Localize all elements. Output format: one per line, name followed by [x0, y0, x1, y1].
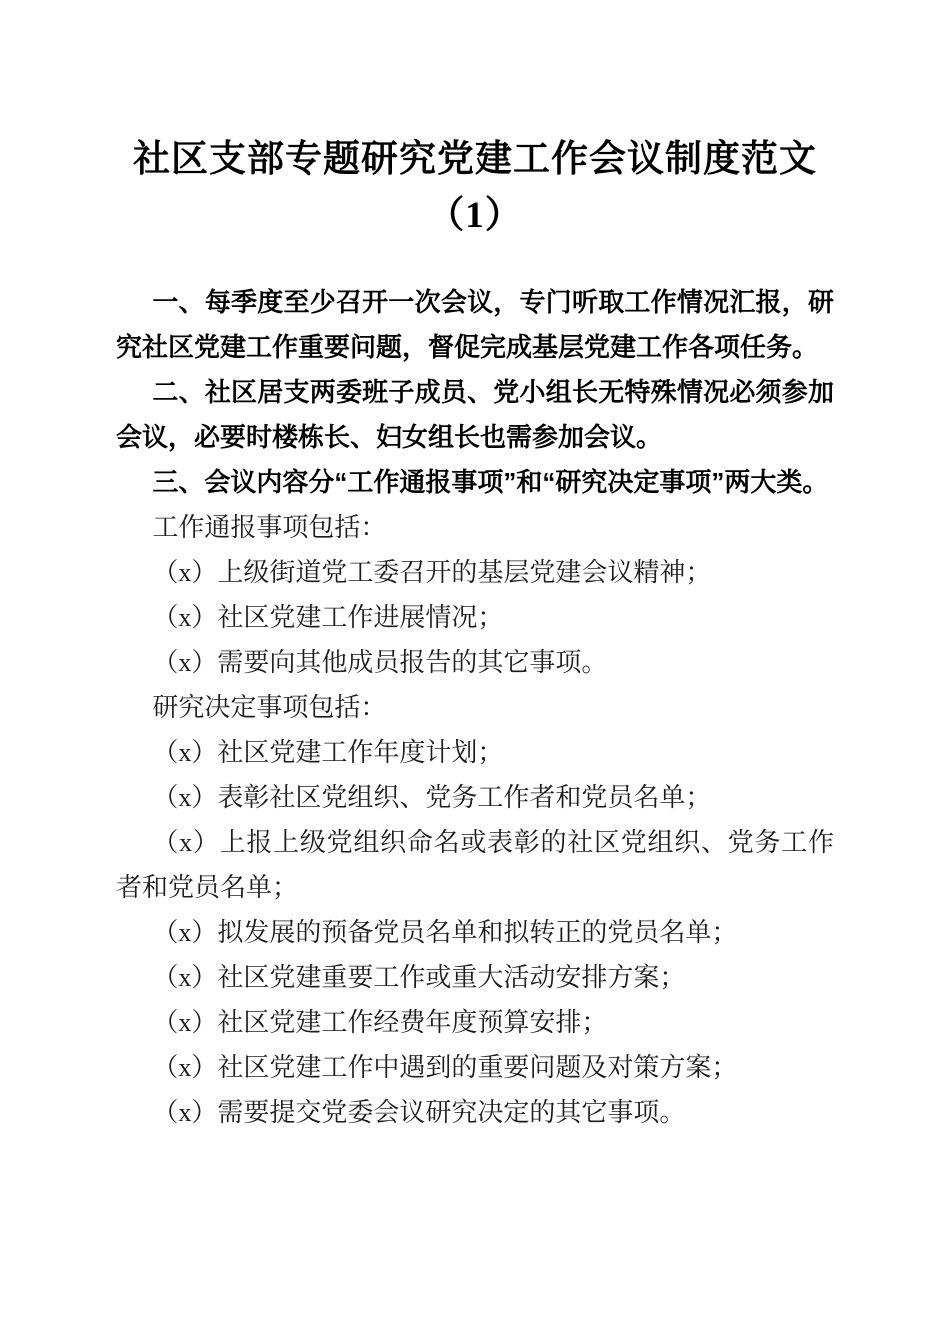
document-body: 一、每季度至少召开一次会议，专门听取工作情况汇报，研究社区党建工作重要问题，督促…: [116, 280, 834, 1135]
paragraph-report-item-1: （x）上级街道党工委召开的基层党建会议精神；: [116, 550, 834, 595]
title-line-2: （1）: [116, 188, 834, 244]
paragraph-decision-item-2: （x）表彰社区党组织、党务工作者和党员名单；: [116, 775, 834, 820]
paragraph-rule-3: 三、会议内容分“工作通报事项”和“研究决定事项”两大类。: [116, 460, 834, 505]
paragraph-report-item-2: （x）社区党建工作进展情况；: [116, 595, 834, 640]
paragraph-decision-item-7: （x）社区党建工作中遇到的重要问题及对策方案；: [116, 1045, 834, 1090]
document-title: 社区支部专题研究党建工作会议制度范文 （1）: [116, 132, 834, 244]
document-page: 社区支部专题研究党建工作会议制度范文 （1） 一、每季度至少召开一次会议，专门听…: [0, 0, 950, 1344]
title-line-1: 社区支部专题研究党建工作会议制度范文: [116, 132, 834, 188]
paragraph-decision-items-heading: 研究决定事项包括：: [116, 685, 834, 730]
paragraph-decision-item-4: （x）拟发展的预备党员名单和拟转正的党员名单；: [116, 910, 834, 955]
paragraph-rule-1: 一、每季度至少召开一次会议，专门听取工作情况汇报，研究社区党建工作重要问题，督促…: [116, 280, 834, 370]
paragraph-decision-item-6: （x）社区党建工作经费年度预算安排；: [116, 1000, 834, 1045]
paragraph-decision-item-5: （x）社区党建重要工作或重大活动安排方案；: [116, 955, 834, 1000]
paragraph-decision-item-3: （x）上报上级党组织命名或表彰的社区党组织、党务工作者和党员名单；: [116, 820, 834, 910]
paragraph-report-item-3: （x）需要向其他成员报告的其它事项。: [116, 640, 834, 685]
paragraph-rule-2: 二、社区居支两委班子成员、党小组长无特殊情况必须参加会议，必要时楼栋长、妇女组长…: [116, 370, 834, 460]
paragraph-report-items-heading: 工作通报事项包括：: [116, 505, 834, 550]
paragraph-decision-item-1: （x）社区党建工作年度计划；: [116, 730, 834, 775]
paragraph-decision-item-8: （x）需要提交党委会议研究决定的其它事项。: [116, 1090, 834, 1135]
